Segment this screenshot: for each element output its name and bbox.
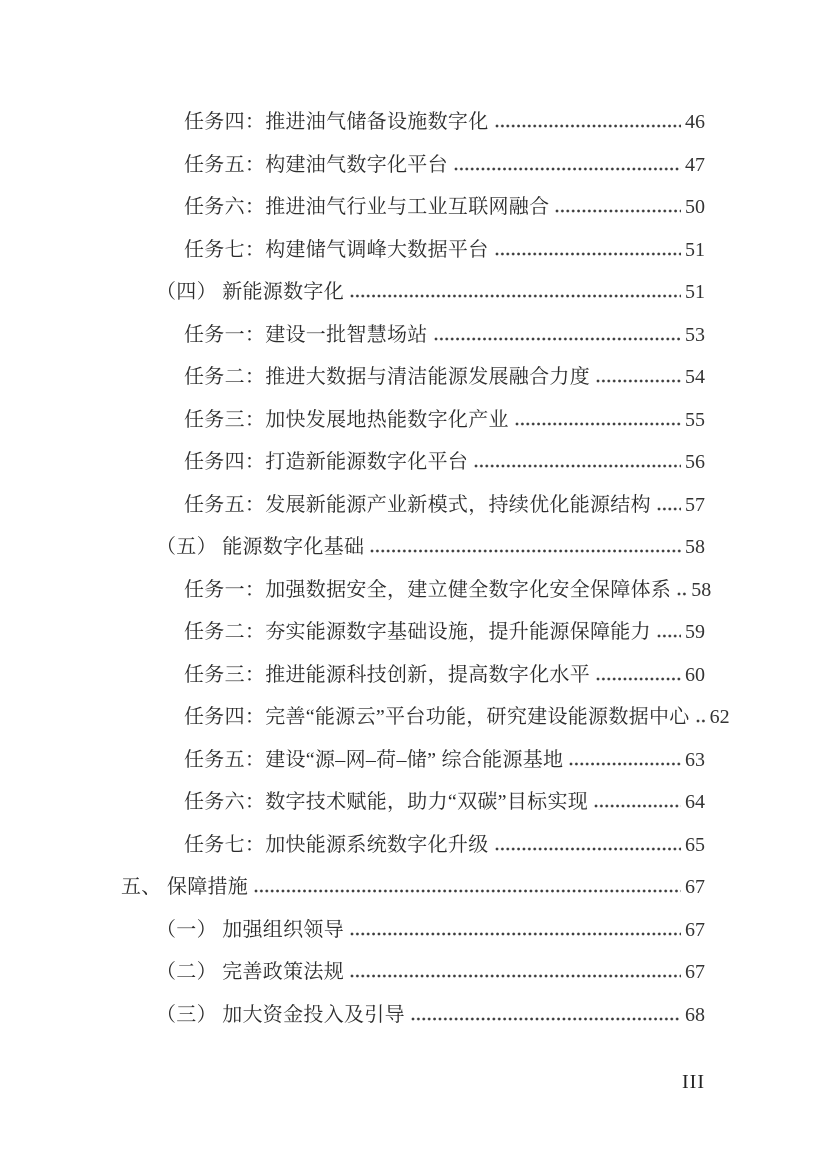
toc-dot-leader — [350, 974, 681, 978]
toc-entry-label: 任务三：推进能源科技创新，提高数字化水平 — [184, 654, 590, 697]
toc-entry-page: 62 — [710, 696, 730, 739]
toc-dot-leader — [555, 209, 681, 213]
toc-entry[interactable]: 任务四：推进油气储备设施数字化 46 — [0, 101, 705, 144]
toc-entry-label: 任务七：构建储气调峰大数据平台 — [184, 229, 489, 272]
toc-dot-leader — [350, 294, 681, 298]
toc-entry[interactable]: 任务六：推进油气行业与工业互联网融合 50 — [0, 186, 705, 229]
toc-dot-leader — [677, 592, 687, 596]
toc-entry-page: 64 — [685, 781, 705, 824]
toc-entry[interactable]: 任务七：构建储气调峰大数据平台 51 — [0, 229, 705, 272]
toc-dot-leader — [495, 252, 682, 256]
toc-entry-label: 任务六：数字技术赋能，助力“双碳”目标实现 — [184, 781, 588, 824]
toc-list: 任务四：推进油气储备设施数字化 46 任务五：构建油气数字化平台 47 任务六：… — [0, 0, 826, 1036]
toc-dot-leader — [596, 677, 681, 681]
toc-entry-label: 任务五：发展新能源产业新模式，持续优化能源结构 — [184, 484, 651, 527]
toc-dot-leader — [350, 932, 681, 936]
toc-dot-leader — [515, 422, 681, 426]
toc-entry-label: （一） 加强组织领导 — [156, 909, 344, 952]
toc-entry-page: 68 — [685, 994, 705, 1037]
toc-entry[interactable]: 任务三：推进能源科技创新，提高数字化水平 60 — [0, 654, 705, 697]
toc-entry-page: 46 — [685, 101, 705, 144]
toc-entry[interactable]: 任务二：夯实能源数字基础设施，提升能源保障能力 59 — [0, 611, 705, 654]
toc-entry-page: 67 — [685, 909, 705, 952]
toc-entry-page: 55 — [685, 399, 705, 442]
toc-entry[interactable]: 任务一：建设一批智慧场站 53 — [0, 314, 705, 357]
toc-entry[interactable]: （四） 新能源数字化 51 — [0, 271, 705, 314]
toc-entry-label: （四） 新能源数字化 — [156, 271, 344, 314]
toc-entry-label: （三） 加大资金投入及引导 — [156, 994, 405, 1037]
toc-entry-label: 任务五：建设“源–网–荷–储” 综合能源基地 — [184, 739, 563, 782]
toc-entry-page: 65 — [685, 824, 705, 867]
toc-entry-label: 任务一：加强数据安全，建立健全数字化安全保障体系 — [184, 569, 671, 612]
toc-entry-label: 任务二：夯实能源数字基础设施，提升能源保障能力 — [184, 611, 651, 654]
page-number-footer: III — [0, 1072, 826, 1092]
toc-entry-label: 任务六：推进油气行业与工业互联网融合 — [184, 186, 549, 229]
toc-entry-page: 47 — [685, 144, 705, 187]
toc-entry[interactable]: （二） 完善政策法规 67 — [0, 951, 705, 994]
toc-entry-label: 任务三：加快发展地热能数字化产业 — [184, 399, 509, 442]
toc-entry-label: 任务四：完善“能源云”平台功能，研究建设能源数据中心 — [184, 696, 690, 739]
toc-dot-leader — [454, 167, 681, 171]
toc-entry[interactable]: 任务四：打造新能源数字化平台 56 — [0, 441, 705, 484]
toc-dot-leader — [370, 549, 681, 553]
toc-entry-label: 任务五：构建油气数字化平台 — [184, 144, 448, 187]
toc-entry-page: 53 — [685, 314, 705, 357]
toc-dot-leader — [596, 379, 681, 383]
toc-dot-leader — [594, 804, 681, 808]
toc-dot-leader — [569, 762, 681, 766]
document-page: 任务四：推进油气储备设施数字化 46 任务五：构建油气数字化平台 47 任务六：… — [0, 0, 826, 1169]
toc-dot-leader — [696, 719, 706, 723]
toc-entry-page: 54 — [685, 356, 705, 399]
toc-dot-leader — [474, 464, 681, 468]
toc-entry-page: 57 — [685, 484, 705, 527]
toc-dot-leader — [657, 507, 681, 511]
toc-entry[interactable]: 任务二：推进大数据与清洁能源发展融合力度 54 — [0, 356, 705, 399]
toc-entry-page: 60 — [685, 654, 705, 697]
toc-entry-page: 51 — [685, 229, 705, 272]
toc-entry[interactable]: 任务一：加强数据安全，建立健全数字化安全保障体系 58 — [0, 569, 705, 612]
toc-entry-label: 任务二：推进大数据与清洁能源发展融合力度 — [184, 356, 590, 399]
toc-dot-leader — [495, 124, 682, 128]
toc-entry[interactable]: 任务五：发展新能源产业新模式，持续优化能源结构 57 — [0, 484, 705, 527]
toc-entry-page: 67 — [685, 951, 705, 994]
toc-dot-leader — [657, 634, 681, 638]
toc-entry-label: 任务七：加快能源系统数字化升级 — [184, 824, 489, 867]
toc-entry-page: 67 — [685, 866, 705, 909]
toc-entry[interactable]: （三） 加大资金投入及引导 68 — [0, 994, 705, 1037]
toc-entry[interactable]: 任务五：构建油气数字化平台 47 — [0, 144, 705, 187]
toc-entry-label: 任务四：打造新能源数字化平台 — [184, 441, 468, 484]
toc-entry-page: 56 — [685, 441, 705, 484]
toc-entry[interactable]: 任务三：加快发展地热能数字化产业 55 — [0, 399, 705, 442]
toc-entry[interactable]: （一） 加强组织领导 67 — [0, 909, 705, 952]
toc-entry-label: （二） 完善政策法规 — [156, 951, 344, 994]
toc-entry-page: 63 — [685, 739, 705, 782]
toc-entry[interactable]: （五） 能源数字化基础 58 — [0, 526, 705, 569]
toc-entry[interactable]: 任务七：加快能源系统数字化升级 65 — [0, 824, 705, 867]
toc-entry-label: （五） 能源数字化基础 — [156, 526, 364, 569]
toc-entry-label: 任务四：推进油气储备设施数字化 — [184, 101, 489, 144]
toc-entry-label: 任务一：建设一批智慧场站 — [184, 314, 428, 357]
toc-dot-leader — [495, 847, 682, 851]
toc-entry-page: 58 — [685, 526, 705, 569]
toc-entry-page: 51 — [685, 271, 705, 314]
toc-entry-label: 五、 保障措施 — [121, 866, 248, 909]
toc-dot-leader — [254, 889, 681, 893]
toc-entry[interactable]: 任务五：建设“源–网–荷–储” 综合能源基地 63 — [0, 739, 705, 782]
toc-entry[interactable]: 五、 保障措施 67 — [0, 866, 705, 909]
toc-dot-leader — [411, 1017, 681, 1021]
toc-entry-page: 59 — [685, 611, 705, 654]
toc-entry[interactable]: 任务六：数字技术赋能，助力“双碳”目标实现 64 — [0, 781, 705, 824]
toc-entry-page: 58 — [691, 569, 711, 612]
toc-entry[interactable]: 任务四：完善“能源云”平台功能，研究建设能源数据中心 62 — [0, 696, 705, 739]
toc-entry-page: 50 — [685, 186, 705, 229]
toc-dot-leader — [434, 337, 681, 341]
